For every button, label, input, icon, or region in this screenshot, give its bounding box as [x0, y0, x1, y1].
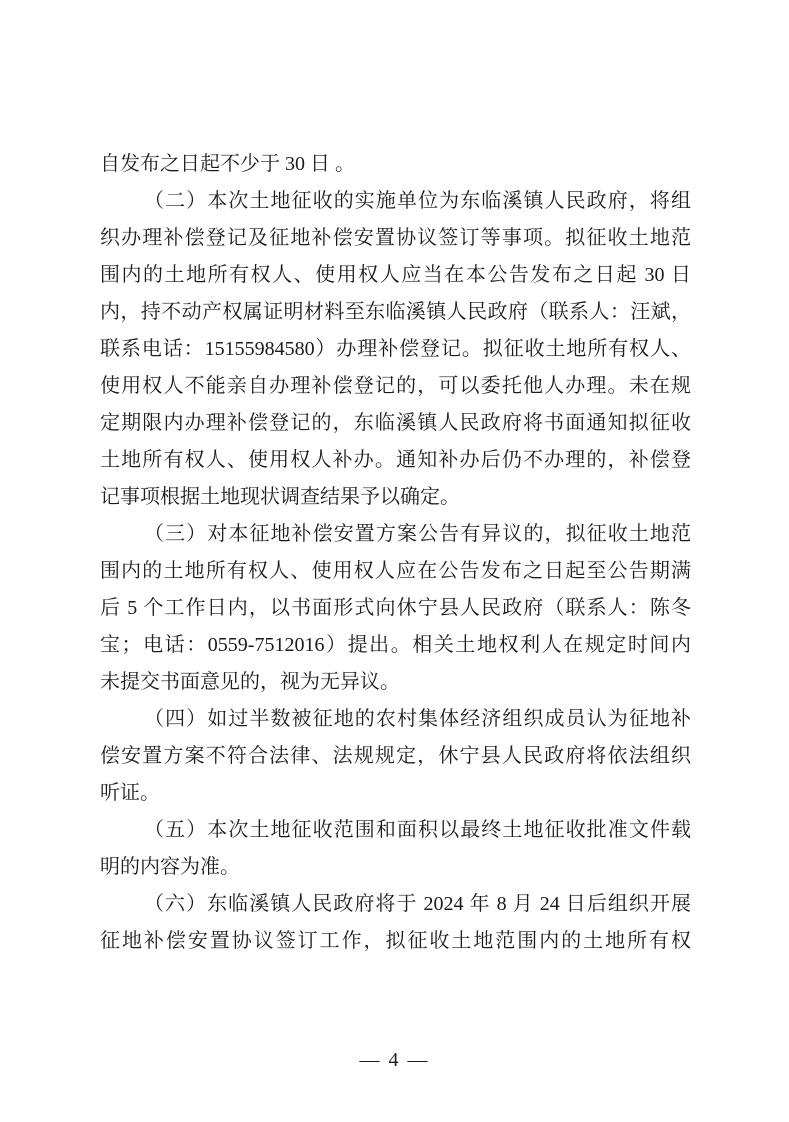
- document-body: 自发布之日起不少于 30 日 。 （二）本次土地征收的实施单位为东临溪镇人民政府…: [100, 146, 691, 960]
- text-line: 使用权人不能亲自办理补偿登记的，可以委托他人办理。未在规: [100, 368, 691, 405]
- text-line: 后 5 个工作日内，以书面形式向休宁县人民政府（联系人：陈冬: [100, 590, 691, 627]
- text-line: 偿安置方案不符合法律、法规规定，休宁县人民政府将依法组织: [100, 738, 691, 775]
- text-line: 听证。: [100, 775, 691, 812]
- text-line: 围内的土地所有权人、使用权人应当在本公告发布之日起 30 日: [100, 257, 691, 294]
- text-line: （二）本次土地征收的实施单位为东临溪镇人民政府，将组: [100, 183, 691, 220]
- text-line: 围内的土地所有权人、使用权人应在公告发布之日起至公告期满: [100, 553, 691, 590]
- text-line: 记事项根据土地现状调查结果予以确定。: [100, 479, 691, 516]
- page-number: — 4 —: [0, 1046, 789, 1074]
- text-line: 联系电话：15155984580）办理补偿登记。拟征收土地所有权人、: [100, 331, 691, 368]
- text-line: （四）如过半数被征地的农村集体经济组织成员认为征地补: [100, 701, 691, 738]
- text-line: 宝；电话：0559-7512016）提出。相关土地权利人在规定时间内: [100, 627, 691, 664]
- text-line: 土地所有权人、使用权人补办。通知补办后仍不办理的，补偿登: [100, 442, 691, 479]
- text-line: （三）对本征地补偿安置方案公告有异议的，拟征收土地范: [100, 516, 691, 553]
- text-line: 征地补偿安置协议签订工作，拟征收土地范围内的土地所有权: [100, 923, 691, 960]
- text-line: 定期限内办理补偿登记的，东临溪镇人民政府将书面通知拟征收: [100, 405, 691, 442]
- text-line: 内，持不动产权属证明材料至东临溪镇人民政府（联系人：汪斌，: [100, 294, 691, 331]
- text-line: （五）本次土地征收范围和面积以最终土地征收批准文件载: [100, 812, 691, 849]
- text-line: 明的内容为准。: [100, 849, 691, 886]
- text-line: （六）东临溪镇人民政府将于 2024 年 8 月 24 日后组织开展: [100, 886, 691, 923]
- document-page: 自发布之日起不少于 30 日 。 （二）本次土地征收的实施单位为东临溪镇人民政府…: [0, 0, 789, 1122]
- text-line: 自发布之日起不少于 30 日 。: [100, 146, 691, 183]
- text-line: 未提交书面意见的，视为无异议。: [100, 664, 691, 701]
- text-line: 织办理补偿登记及征地补偿安置协议签订等事项。拟征收土地范: [100, 220, 691, 257]
